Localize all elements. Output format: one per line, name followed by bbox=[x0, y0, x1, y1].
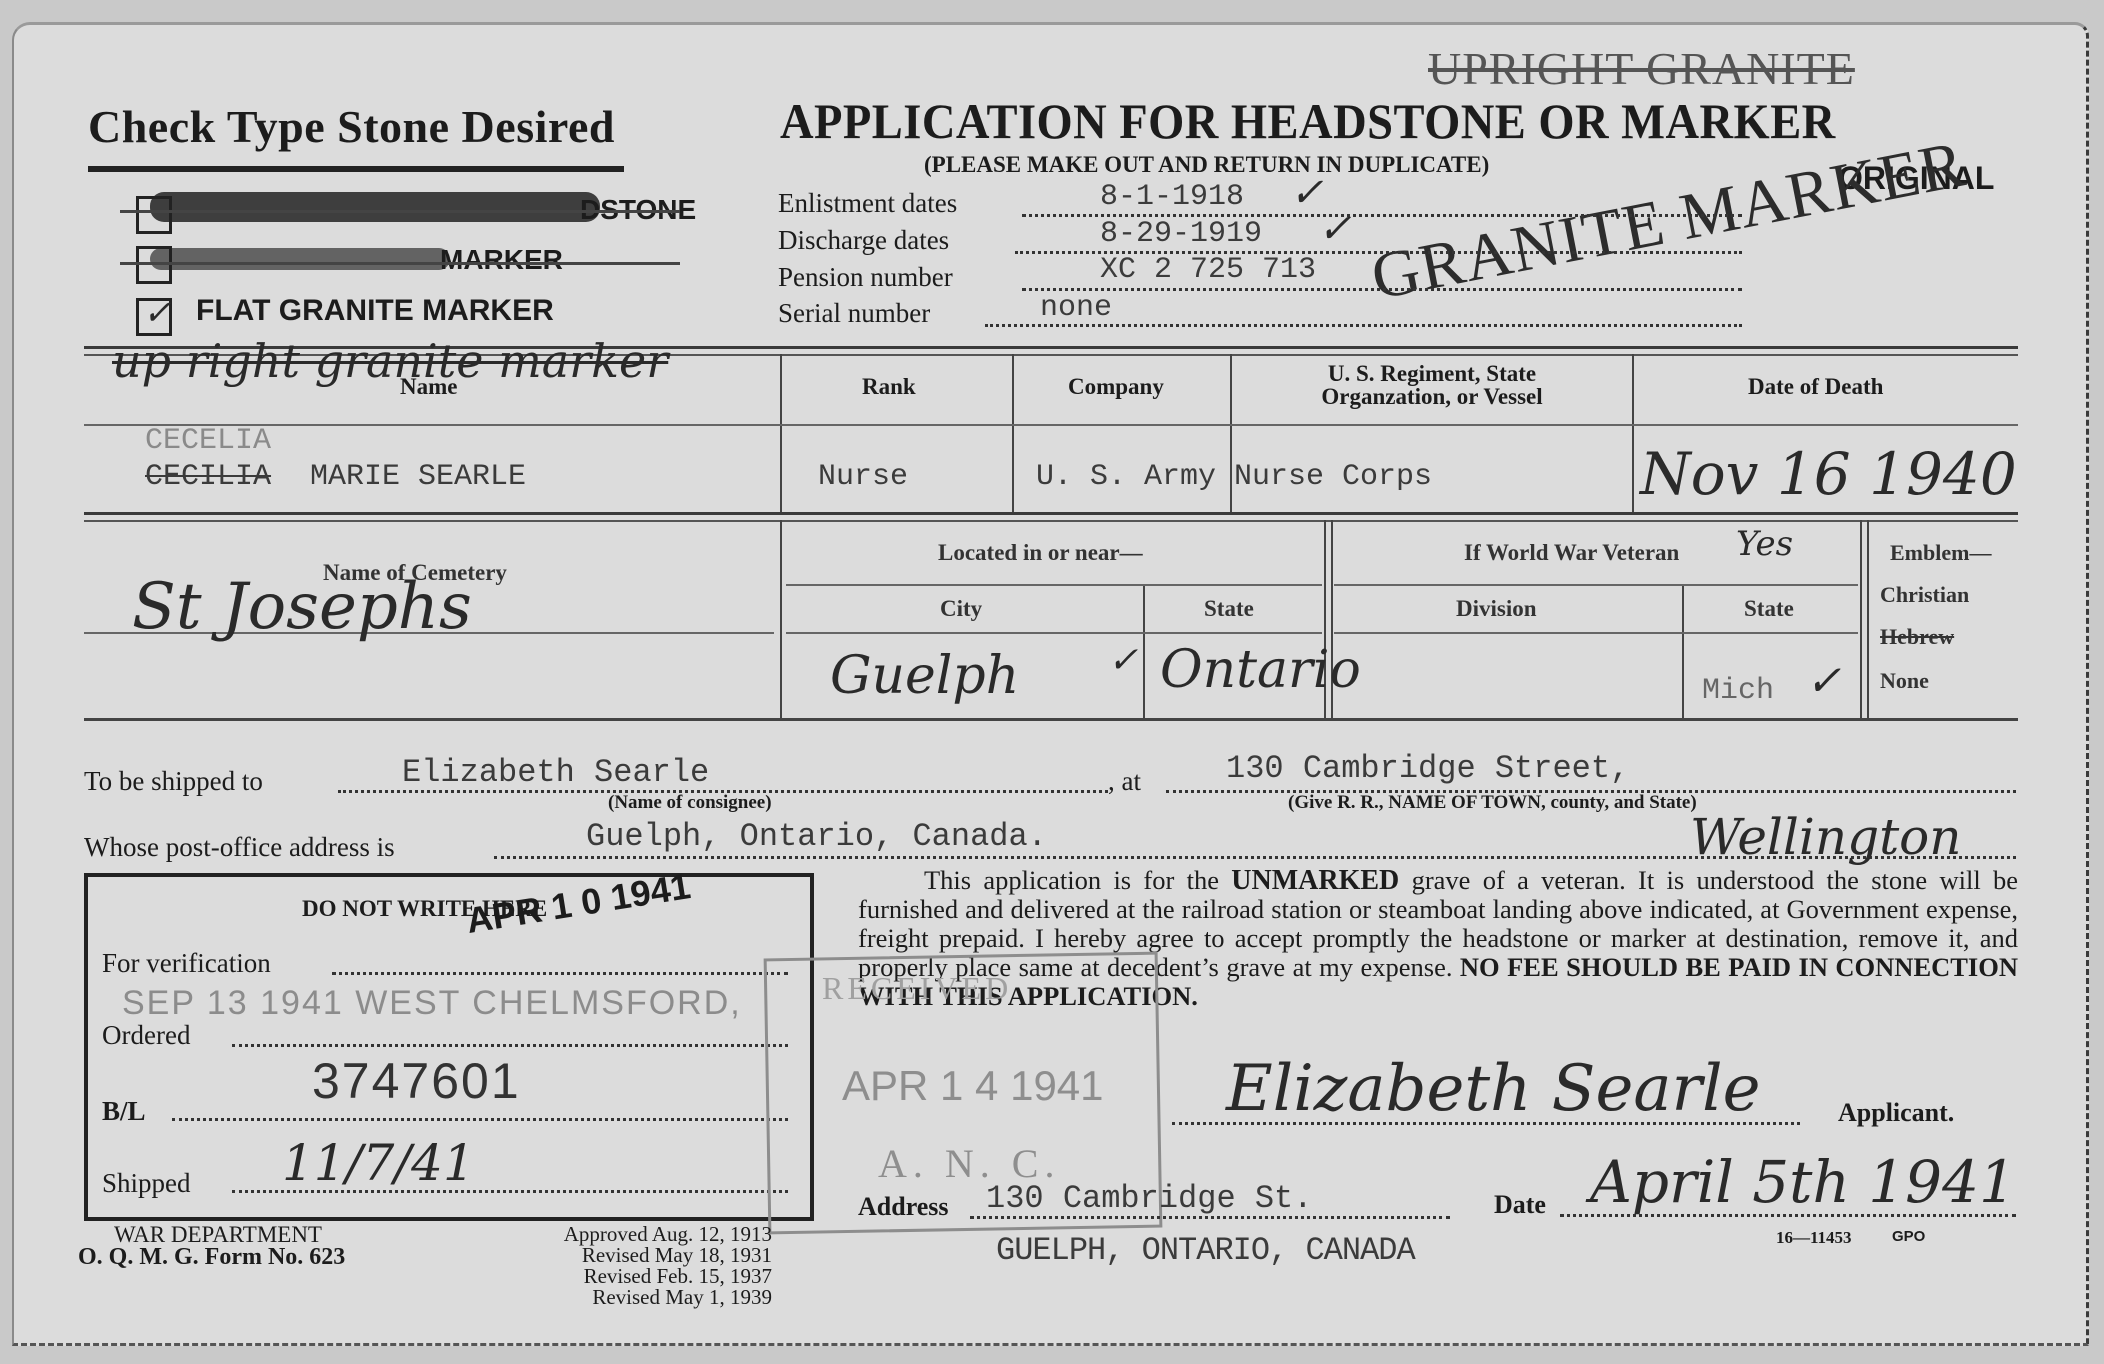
emblem-option-hebrew[interactable]: Hebrew bbox=[1880, 624, 1954, 650]
city-value[interactable]: Guelph bbox=[830, 646, 1019, 706]
col-divider-cemetery-location bbox=[780, 520, 782, 718]
strike-line-option-1 bbox=[120, 210, 680, 213]
scribble-over-option-1 bbox=[150, 192, 600, 222]
col-divider-regiment-death bbox=[1632, 354, 1634, 512]
enlistment-label: Enlistment dates bbox=[778, 188, 957, 219]
revision-line: Revised Feb. 15, 1937 bbox=[470, 1266, 772, 1287]
scribble-over-option-2 bbox=[150, 248, 450, 270]
header-division: Division bbox=[1456, 596, 1537, 622]
veteran-table-bottom-rule bbox=[84, 512, 2018, 522]
name-struck: CECILIA bbox=[145, 460, 271, 494]
page-title: APPLICATION FOR HEADSTONE OR MARKER bbox=[780, 92, 1836, 150]
verification-dotted-line bbox=[332, 972, 788, 975]
shipped-value[interactable]: 11/7/41 bbox=[282, 1134, 475, 1192]
emblem-option-none[interactable]: None bbox=[1880, 668, 1929, 694]
applicant-label: Applicant. bbox=[1838, 1098, 1954, 1128]
address-label: Address bbox=[858, 1192, 949, 1222]
address-caption: (Give R. R., NAME OF TOWN, county, and S… bbox=[1288, 792, 1697, 814]
struck-handwritten-note: up right granite marker bbox=[112, 334, 668, 388]
stone-option-3-label: FLAT GRANITE MARKER bbox=[196, 294, 554, 328]
ordered-dotted-line bbox=[232, 1044, 788, 1047]
struck-typed-note: UPRIGHT GRANITE bbox=[1428, 42, 1855, 95]
po-address-label: Whose post-office address is bbox=[84, 832, 395, 863]
bl-number-value[interactable]: 3747601 bbox=[312, 1052, 521, 1110]
veteran-table-header-rule bbox=[84, 424, 2018, 426]
checkbox-flat-granite-marker[interactable]: ✓ bbox=[136, 298, 172, 336]
pension-label: Pension number bbox=[778, 262, 953, 293]
date-of-death-value[interactable]: Nov 16 1940 bbox=[1640, 440, 2017, 508]
print-code: 16—11453 bbox=[1776, 1228, 1852, 1248]
pension-value[interactable]: XC 2 725 713 bbox=[1100, 253, 1316, 287]
name-correction: CECELIA bbox=[145, 424, 271, 458]
pension-dotted-line bbox=[1022, 288, 1742, 291]
header-state: State bbox=[1204, 596, 1254, 622]
footer-form-number: O. Q. M. G. Form No. 623 bbox=[78, 1244, 345, 1271]
received-stamp-word: RECEIVED bbox=[822, 970, 1012, 1007]
state-value[interactable]: Ontario bbox=[1160, 640, 1361, 700]
cemetery-table-bottom-rule bbox=[84, 718, 2018, 721]
enlistment-value[interactable]: 8-1-1918 bbox=[1100, 180, 1244, 214]
col-divider-rank-company bbox=[1012, 354, 1014, 512]
ww-rule bbox=[1334, 584, 1858, 586]
cemetery-value[interactable]: St Josephs bbox=[132, 570, 472, 644]
check-mark-ww-state-icon: ✓ bbox=[1806, 656, 1841, 705]
consignee-value[interactable]: Elizabeth Searle bbox=[402, 754, 709, 791]
received-stamp-date: APR 1 4 1941 bbox=[842, 1062, 1104, 1110]
agreement-text-1: This application is for the bbox=[924, 865, 1231, 895]
discharge-label: Discharge dates bbox=[778, 225, 949, 256]
consignee-caption: (Name of consignee) bbox=[608, 792, 772, 814]
serial-label: Serial number bbox=[778, 298, 930, 329]
county-handwritten: Wellington bbox=[1690, 808, 1961, 866]
header-ww-state: State bbox=[1744, 596, 1794, 622]
check-mark-city-icon: ✓ bbox=[1108, 640, 1138, 681]
agreement-unmarked: UNMARKED bbox=[1231, 865, 1399, 896]
header-rank: Rank bbox=[862, 374, 916, 400]
checkmark-icon: ✓ bbox=[143, 293, 172, 333]
located-rule bbox=[786, 584, 1322, 586]
world-war-annotation: Yes bbox=[1736, 524, 1793, 564]
strike-line-option-2 bbox=[120, 262, 680, 265]
emblem-option-christian[interactable]: Christian bbox=[1880, 582, 1969, 608]
bl-dotted-line bbox=[172, 1118, 788, 1121]
discharge-value[interactable]: 8-29-1919 bbox=[1100, 217, 1262, 251]
header-world-war-veteran: If World War Veteran bbox=[1464, 540, 1679, 566]
applicant-address-value[interactable]: 130 Cambridge St. bbox=[986, 1180, 1312, 1217]
page-subtitle: (PLEASE MAKE OUT AND RETURN IN DUPLICATE… bbox=[924, 152, 1489, 178]
gpo-label: GPO bbox=[1892, 1228, 1925, 1245]
ordered-date-stamp: SEP 13 1941 WEST CHELMSFORD, bbox=[122, 984, 742, 1023]
stone-option-2-fragment: MARKER bbox=[440, 244, 563, 276]
bl-label: B/L bbox=[102, 1096, 146, 1127]
application-date-value[interactable]: April 5th 1941 bbox=[1590, 1148, 2016, 1216]
ordered-label: Ordered bbox=[102, 1020, 190, 1051]
header-company: Company bbox=[1068, 374, 1164, 400]
header-date-of-death: Date of Death bbox=[1748, 374, 1883, 400]
revision-line: Approved Aug. 12, 1913 bbox=[470, 1224, 772, 1245]
at-label: , at bbox=[1108, 766, 1141, 797]
ship-to-label: To be shipped to bbox=[84, 766, 263, 797]
po-address-value[interactable]: Guelph, Ontario, Canada. bbox=[586, 818, 1047, 855]
header-emblem: Emblem— bbox=[1890, 540, 1991, 566]
signature-dotted-line bbox=[1172, 1122, 1800, 1125]
col-divider-city-state bbox=[1143, 585, 1145, 718]
col-divider-division-state bbox=[1682, 585, 1684, 718]
header-regiment: U. S. Regiment, State Organzation, or Ve… bbox=[1262, 362, 1602, 408]
name-value[interactable]: MARIE SEARLE bbox=[310, 460, 526, 494]
company-regiment-value[interactable]: U. S. Army Nurse Corps bbox=[1036, 460, 1432, 494]
city-state-rule bbox=[786, 632, 1322, 634]
revision-line: Revised May 18, 1931 bbox=[470, 1245, 772, 1266]
revision-line: Revised May 1, 1939 bbox=[470, 1287, 772, 1308]
col-divider-ww-emblem bbox=[1860, 520, 1869, 718]
check-mark-discharge-icon: ✓ bbox=[1318, 206, 1352, 252]
header-name: Name bbox=[400, 374, 457, 400]
rank-value[interactable]: Nurse bbox=[818, 460, 908, 494]
ww-state-value[interactable]: Mich bbox=[1702, 674, 1774, 708]
verification-label: For verification bbox=[102, 948, 271, 979]
heading-underline bbox=[88, 166, 624, 172]
applicant-signature[interactable]: Elizabeth Searle bbox=[1226, 1052, 1760, 1126]
division-state-rule bbox=[1334, 632, 1858, 634]
footer-revisions: Approved Aug. 12, 1913 Revised May 18, 1… bbox=[470, 1224, 772, 1308]
shipped-label: Shipped bbox=[102, 1168, 191, 1199]
check-type-heading: Check Type Stone Desired bbox=[88, 100, 615, 153]
col-divider-name-rank bbox=[780, 354, 782, 512]
header-located-in: Located in or near— bbox=[938, 540, 1143, 566]
address-value[interactable]: 130 Cambridge Street, bbox=[1226, 750, 1629, 787]
applicant-address-line2: GUELPH, ONTARIO, CANADA bbox=[996, 1232, 1415, 1269]
header-city: City bbox=[940, 596, 982, 622]
serial-value[interactable]: none bbox=[1040, 291, 1112, 325]
date-label: Date bbox=[1494, 1190, 1546, 1220]
